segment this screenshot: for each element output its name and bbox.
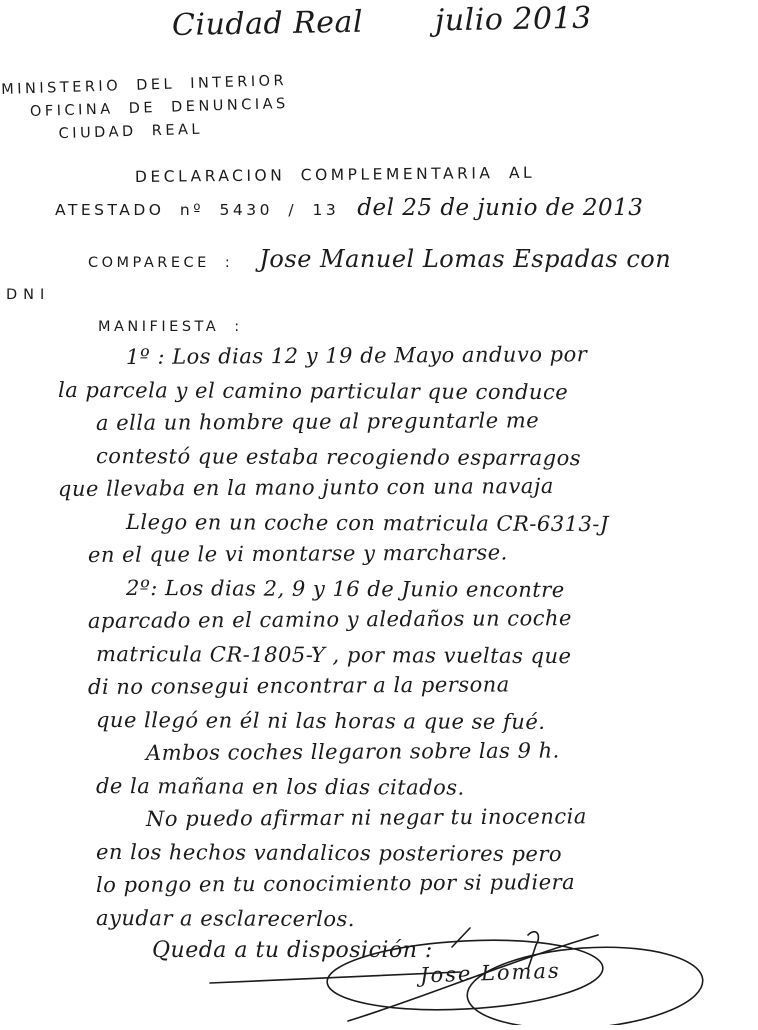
dateline-date: julio 2013: [435, 1, 592, 39]
document-line: aparcado en el camino y aledaños un coch…: [88, 601, 758, 638]
document-line: que llevaba en la mano junto con una nav…: [58, 469, 758, 506]
atestado-date: del 25 de junio de 2013: [357, 195, 643, 221]
declaration-body: 1º : Los dias 12 y 19 de Mayo anduvo por…: [0, 341, 758, 935]
document-line: a ella un hombre que al preguntarle me: [96, 403, 758, 440]
declarant-name: Jose Manuel Lomas Espadas con: [259, 245, 671, 273]
title-line-1: DECLARACION COMPLEMENTARIA AL: [135, 161, 758, 186]
comparece-label: COMPARECE :: [88, 255, 233, 271]
signature-block: Jose Lomas: [130, 925, 730, 1025]
title-line-2: ATESTADO nº 5430 / 13 del 25 de junio de…: [55, 195, 758, 221]
document-title: DECLARACION COMPLEMENTARIA AL ATESTADO n…: [0, 168, 758, 221]
letterhead: MINISTERIO DEL INTERIOR OFICINA DE DENUN…: [0, 55, 758, 148]
signature-name: Jose Lomas: [420, 959, 562, 988]
document-line: Ambos coches llegaron sobre las 9 h.: [146, 733, 758, 770]
document-line: No puedo afirmar ni negar tu inocencia: [146, 799, 758, 836]
document-line: di no consegui encontrar a la persona: [88, 667, 758, 704]
handwritten-document-page: Ciudad Real julio 2013 MINISTERIO DEL IN…: [0, 0, 758, 1030]
dni-label: DNI: [6, 287, 758, 303]
dateline-place: Ciudad Real: [172, 5, 364, 43]
manifiesta-label: MANIFIESTA :: [98, 319, 758, 335]
document-line: 1º : Los dias 12 y 19 de Mayo anduvo por: [126, 337, 758, 374]
atestado-number: ATESTADO nº 5430 / 13: [55, 201, 339, 219]
document-line: lo pongo en tu conocimiento por si pudie…: [96, 865, 758, 902]
document-line: en el que le vi montarse y marcharse.: [88, 535, 758, 572]
comparece-row: COMPARECE : Jose Manuel Lomas Espadas co…: [88, 245, 758, 273]
dateline: Ciudad Real julio 2013: [172, 0, 758, 43]
